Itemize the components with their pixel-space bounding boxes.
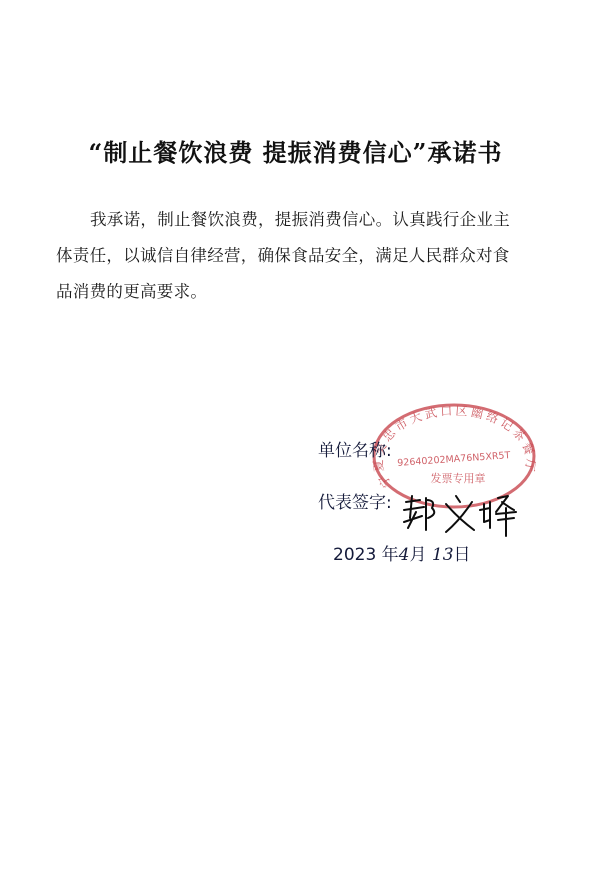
unit-name-label: 单位名称:: [318, 436, 392, 461]
date-day-unit: 日: [454, 545, 471, 565]
paragraph-line-2: 体责任，以诚信自律经营，确保食品安全，满足人民群众对食: [56, 238, 542, 274]
paragraph-line-3: 品消费的更高要求。: [56, 274, 542, 310]
handwritten-signature: [398, 488, 528, 538]
paragraph-line-1: 我承诺，制止餐饮浪费，提振消费信心。认真践行企业主: [56, 202, 542, 238]
document-title: “制止餐饮浪费 提振消费信心”承诺书: [0, 133, 591, 168]
commitment-paragraph: 我承诺，制止餐饮浪费，提振消费信心。认真践行企业主 体责任，以诚信自律经营，确保…: [56, 202, 542, 310]
stamp-type: 发票专用章: [431, 471, 486, 485]
representative-signature-label: 代表签字:: [318, 488, 392, 513]
date-month-unit: 月: [410, 545, 427, 565]
date-year: 2023: [333, 545, 376, 565]
date-year-unit: 年: [382, 545, 399, 565]
stamp-code: 92640202MA76N5XR5T: [397, 450, 511, 469]
date-month: 4: [399, 545, 410, 565]
date-day: 13: [432, 545, 454, 565]
signing-date: 2023 年4月 13日: [333, 540, 471, 565]
